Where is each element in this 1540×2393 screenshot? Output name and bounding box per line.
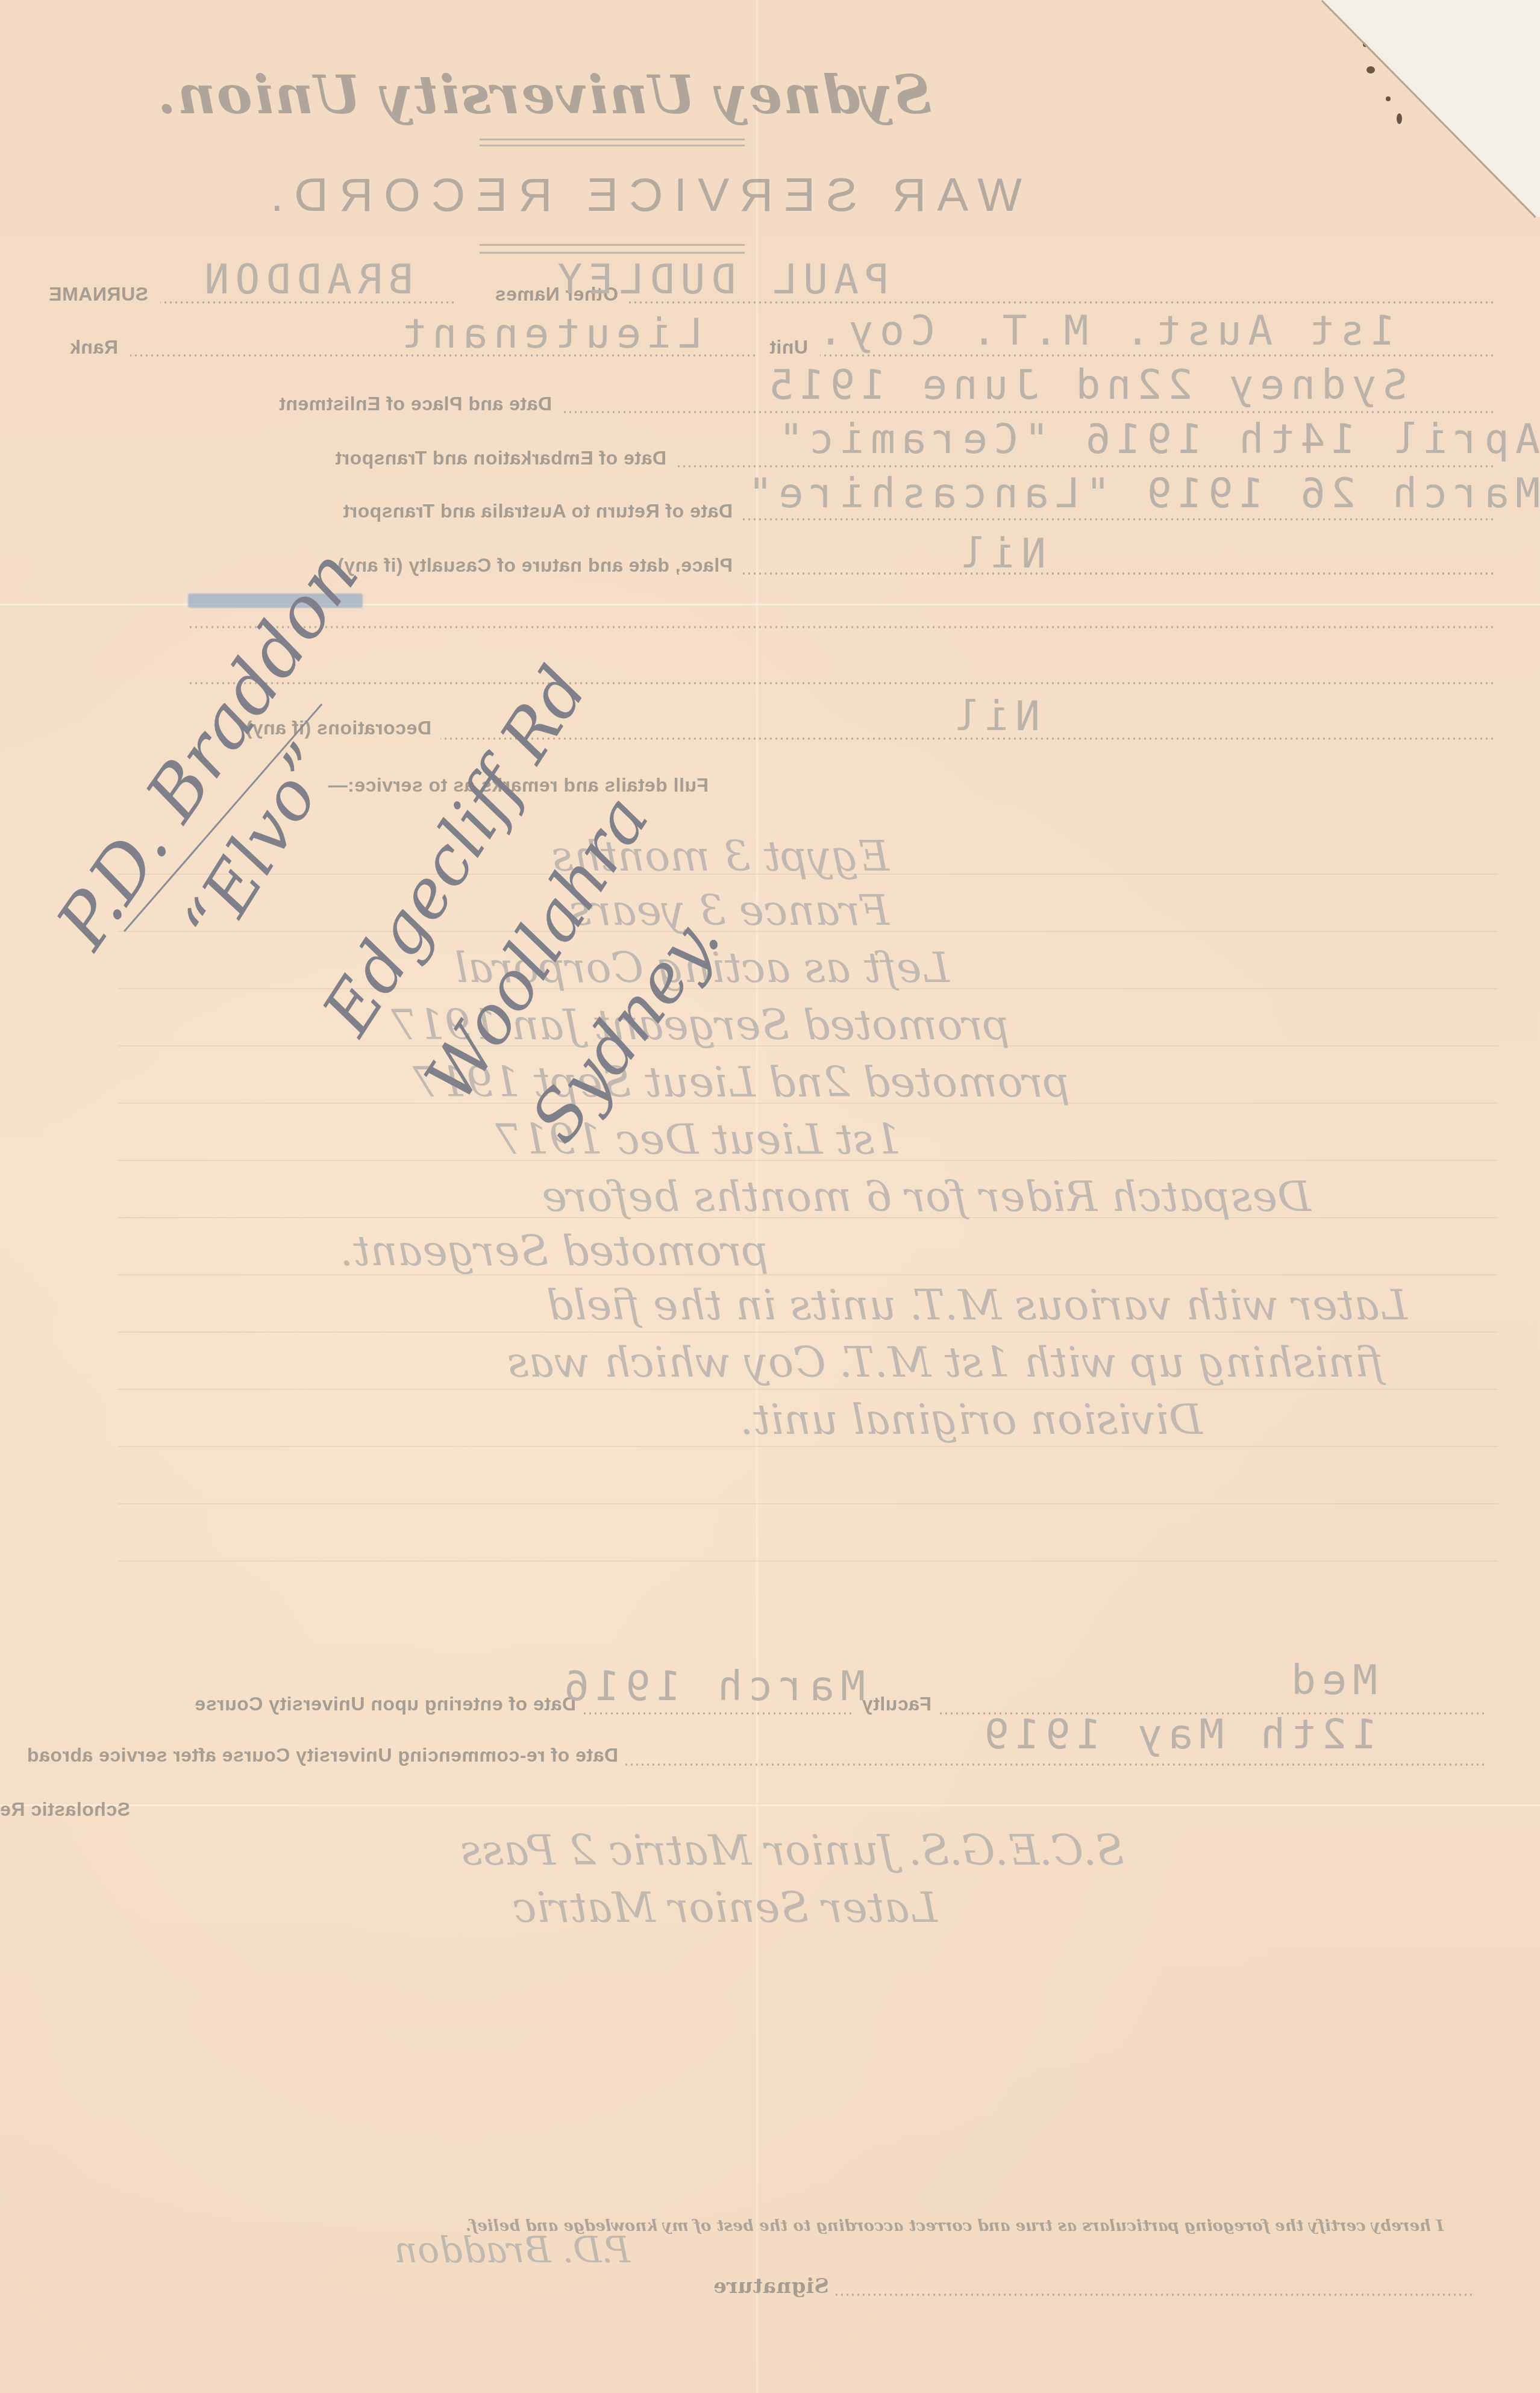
casualty-label: Place, date and nature of Casualty (if a… [337,554,733,577]
signature-value: P.D. Braddon [394,2229,630,2271]
embarkation-line [675,464,1495,469]
scholastic-label: Scholastic Record:— [0,1798,130,1821]
remarks-line: Despatch Rider for 6 months before [542,1172,1311,1221]
paper-sheet: Sydney University Union. WAR SERVICE REC… [0,0,1540,2393]
ruled-line [118,1274,1498,1275]
remarks-line: Division original unit. [740,1395,1203,1444]
unit-label: Unit [769,336,808,358]
enlistment-value: Sydney 22nd June 1915 [763,361,1407,409]
ruled-line [118,1560,1498,1562]
entering-course-label: Date of entering upon University Course [195,1693,576,1715]
surname-label: SURNAME [49,283,148,305]
recommencing-line [624,1762,1486,1767]
signature-label: Signature [713,2274,829,2298]
header-rule [480,145,745,146]
recommencing-value: 12th May 1919 [978,1711,1377,1759]
form-title: WAR SERVICE RECORD. [260,167,1022,222]
unit-value: 1st Aust. M.T. Coy. [812,307,1395,355]
signature-line [835,2292,1474,2297]
faculty-label: Faculty [862,1693,931,1715]
enlistment-label: Date and Place of Enlistment [279,393,552,415]
mirrored-form-showthrough: Sydney University Union. WAR SERVICE REC… [0,0,1540,2393]
ruled-line [118,1446,1498,1447]
casualty-value: Nil [954,530,1046,578]
paper-speck [1397,113,1402,124]
ruled-line [118,1331,1498,1333]
organisation-title: Sydney University Union. [157,63,931,126]
casualty-extra-line [187,625,1495,630]
remarks-line: promoted Sergeant. [340,1226,769,1275]
scholastic-line: S.C.E.G.S. Junior Matric 2 Pass [460,1825,1124,1875]
header-rule [480,139,745,140]
header-rule [480,244,745,246]
ruled-line [118,1503,1498,1504]
recommencing-label: Date of re-commencing University Course … [27,1744,618,1766]
surname-value: BRADDON [198,256,413,304]
enlistment-line [561,410,1495,414]
remarks-line: Later with various M.T. units in the fie… [546,1280,1407,1330]
return-line [742,517,1495,522]
remarks-line: promoted 2nd Lieut Sept 1917 [413,1057,1070,1107]
casualty-extra-line [187,681,1495,686]
entering-course-line [582,1711,853,1716]
remarks-line: finishing up with 1st M.T. Coy which was [507,1337,1383,1387]
faculty-value: Med [1285,1657,1377,1704]
header-rule [480,252,745,254]
rank-value: Lieutenant [396,310,703,358]
return-label: Date of Return to Australia and Transpor… [343,500,733,522]
paper-speck [1366,66,1375,74]
rank-label: Rank [70,336,118,358]
other-names-value: PAUL DUDLEY [552,256,889,304]
ruled-line [118,1389,1498,1390]
decorations-value: Nil [948,693,1040,740]
entering-course-value: March 1916 [559,1663,865,1710]
scholastic-line: Later Senior Matric [513,1883,937,1932]
embarkation-value: April 14th 1916 "Ceramic" [773,416,1540,463]
paper-speck [1386,96,1391,101]
return-value: March 26 1919 "Lancashire" [742,470,1540,518]
casualty-line [742,571,1495,576]
embarkation-label: Date of Embarkation and Transport [335,447,666,469]
